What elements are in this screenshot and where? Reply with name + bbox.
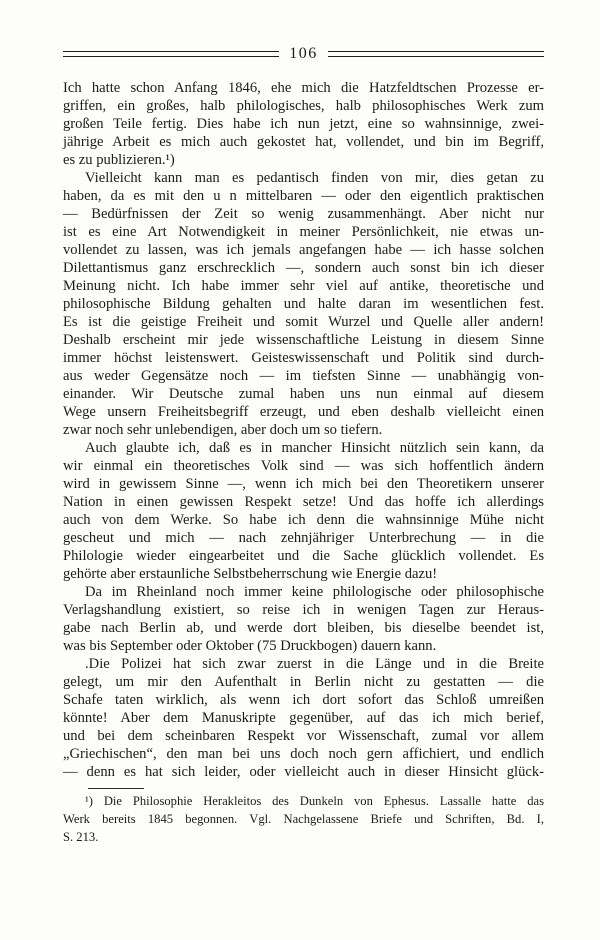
text-line: Es ist die geistige Freiheit und somit W…	[63, 313, 544, 331]
text-line: ist es eine Art Notwendigkeit in meiner …	[63, 223, 544, 241]
text-line: immer höchst leistenswert. Geisteswissen…	[63, 349, 544, 367]
text-line: griffen, ein großes, halb philologisches…	[63, 97, 544, 115]
text-line: haben, da es mit den u n mittelbaren — o…	[63, 187, 544, 205]
text-line: einander. Wir Deutsche zumal haben uns n…	[63, 385, 544, 403]
text-line: Verlagshandlung existiert, so reise ich …	[63, 601, 544, 619]
text-line: jährige Arbeit es mich auch gekostet hat…	[63, 133, 544, 151]
text-line: wir einmal ein theoretisches Volk sind —…	[63, 457, 544, 475]
text-line: philosophische Bildung gehalten und halt…	[63, 295, 544, 313]
text-line: gehörte aber erstaunliche Selbstbeherrsc…	[63, 565, 544, 583]
book-page: 106 Ich hatte schon Anfang 1846, ehe mic…	[0, 0, 600, 940]
text-line: „Griechischen“, den man bei uns doch noc…	[63, 745, 544, 763]
text-line: könnte! Aber dem Manuskripte gegenüber, …	[63, 709, 544, 727]
header-rule-left	[63, 51, 279, 57]
text-line: großen Teile fertig. Dies habe ich nun j…	[63, 115, 544, 133]
footnote-line: Werk bereits 1845 begonnen. Vgl. Nachgel…	[63, 810, 544, 828]
text-line: Ich hatte schon Anfang 1846, ehe mich di…	[63, 79, 544, 97]
text-line: Deshalb erscheint mir jede wissenschaftl…	[63, 331, 544, 349]
footnote-line: S. 213.	[63, 828, 544, 846]
text-line: — denn es hat sich leider, oder vielleic…	[63, 763, 544, 781]
text-line: .Die Polizei hat sich zwar zuerst in die…	[63, 655, 544, 673]
text-line: Da im Rheinland noch immer keine philolo…	[63, 583, 544, 601]
page-number: 106	[279, 46, 328, 62]
text-line: und bei dem scheinbaren Respekt vor Wiss…	[63, 727, 544, 745]
text-line: vollendet zu lassen, was ich jemals ange…	[63, 241, 544, 259]
text-line: Vielleicht kann man es pedantisch finden…	[63, 169, 544, 187]
text-line: wird in gewissem Sinne —, wenn ich mich …	[63, 475, 544, 493]
text-line: zwar noch sehr unlebendigen, aber doch u…	[63, 421, 544, 439]
text-line: Schafe taten wirklich, als wenn ich dort…	[63, 691, 544, 709]
header-rule-right	[328, 51, 544, 57]
text-line: gelegt, um mir den Aufenthalt in Berlin …	[63, 673, 544, 691]
text-line: Nation in einen gewissen Respekt setze! …	[63, 493, 544, 511]
page-header: 106	[63, 46, 544, 62]
text-line: auch von dem Werke. So habe ich denn die…	[63, 511, 544, 529]
text-line: es zu publizieren.¹)	[63, 151, 544, 169]
text-line: Wege unsern Freiheitsbegriff erzeugt, un…	[63, 403, 544, 421]
footnote-line: ¹) Die Philosophie Herakleitos des Dunke…	[63, 792, 544, 810]
text-line: — Bedürfnissen der Zeit so wenig zusamme…	[63, 205, 544, 223]
text-line: Philologie wieder eingearbeitet und die …	[63, 547, 544, 565]
body-text: Ich hatte schon Anfang 1846, ehe mich di…	[63, 79, 544, 781]
text-line: gabe nach Berlin ab, und werde dort blei…	[63, 619, 544, 637]
text-line: Meinung nicht. Ich habe immer sehr viel …	[63, 277, 544, 295]
text-line: gescheut und mich — nach zehnjähriger Un…	[63, 529, 544, 547]
text-line: was bis September oder Oktober (75 Druck…	[63, 637, 544, 655]
text-line: Dilettantismus ganz erschrecklich —, son…	[63, 259, 544, 277]
footnote: ¹) Die Philosophie Herakleitos des Dunke…	[63, 792, 544, 846]
text-line: aus weder Gegensätze noch — im tiefsten …	[63, 367, 544, 385]
footnote-separator	[88, 788, 144, 789]
text-line: Auch glaubte ich, daß es in mancher Hins…	[63, 439, 544, 457]
